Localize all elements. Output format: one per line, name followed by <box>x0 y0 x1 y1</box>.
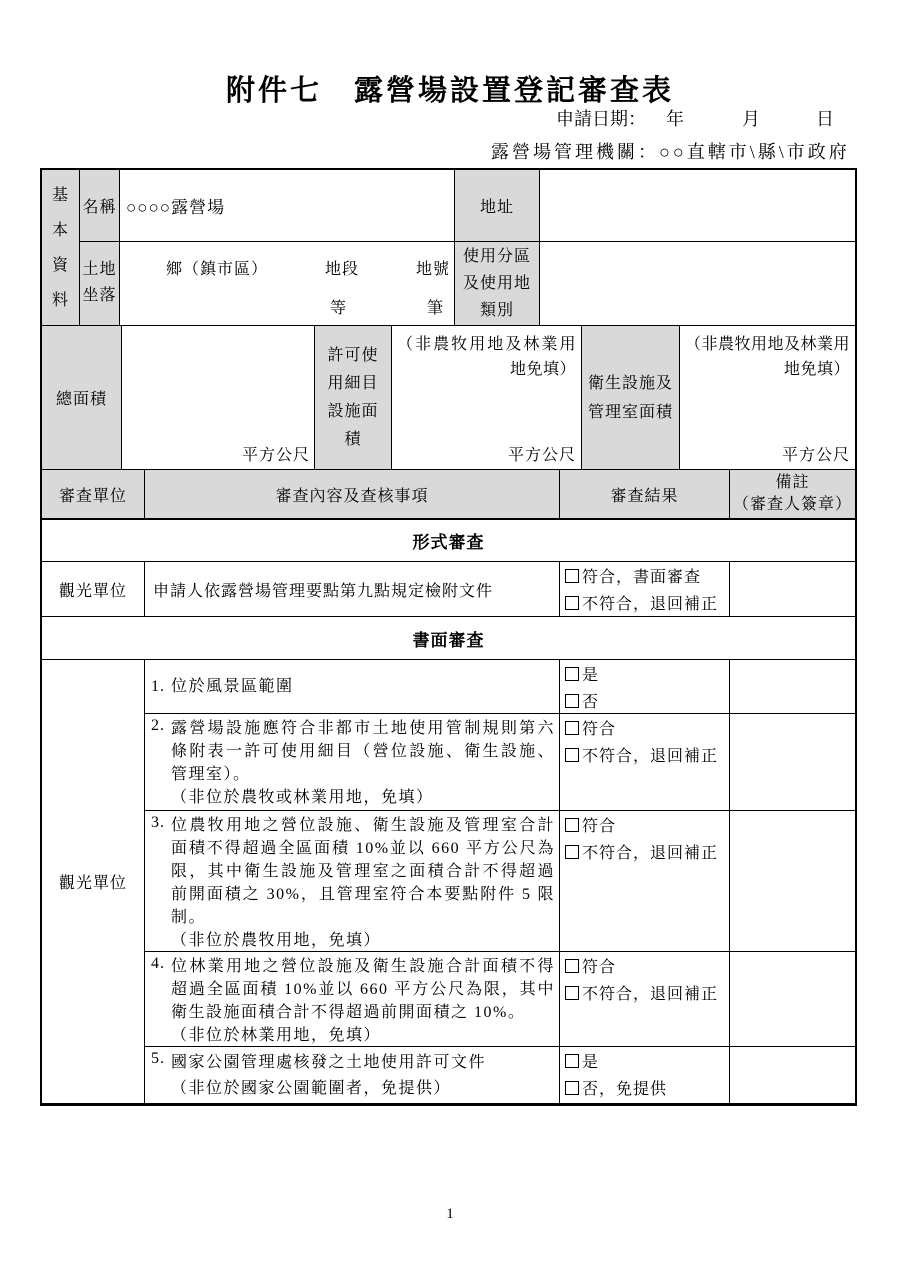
col-review-unit: 審查單位 <box>42 470 145 518</box>
review-item-remarks-cell[interactable] <box>730 952 855 1046</box>
review-form-table: 基本資料 名稱 ○○○○露營場 地址 土地坐落 鄉（鎮市區） 地 <box>40 168 857 1106</box>
basic-info-header: 基本資料 <box>42 170 80 325</box>
review-item-row-2: 2. 露營場設施應符合非都市土地使用管制規則第六條附表一許可使用細目（營位設施、… <box>145 714 855 811</box>
etc-label: 等 <box>330 295 347 318</box>
result-option[interactable]: 不符合，退回補正 <box>565 591 727 616</box>
sqm-unit-label: 平方公尺 <box>782 442 850 465</box>
review-item-content: 1. 位於風景區範圍 <box>145 660 560 713</box>
formal-review-title: 形式審查 <box>42 520 855 561</box>
basic-info-section: 基本資料 名稱 ○○○○露營場 地址 土地坐落 鄉（鎮市區） 地 <box>42 170 855 326</box>
sqm-unit-label: 平方公尺 <box>508 442 576 465</box>
col-review-result: 審查結果 <box>560 470 730 518</box>
area-section: 總面積 平方公尺 許可使用細目設施面積 （非農牧用地及林業用地免填） 平方公尺 … <box>42 326 855 470</box>
application-date-line: 申請日期：年月日 <box>556 105 834 131</box>
review-item-row-5: 5. 國家公園管理處核發之土地使用許可文件（非位於國家公園範圍者，免提供） 是 … <box>145 1047 855 1103</box>
formal-review-unit: 觀光單位 <box>42 562 145 616</box>
review-item-result-cell: 是 否 <box>560 660 730 713</box>
land-location-input-cell[interactable]: 鄉（鎮市區） 地段 地號 等 筆 <box>120 242 455 325</box>
checkbox-icon[interactable] <box>565 959 579 973</box>
checkbox-icon[interactable] <box>565 845 579 859</box>
page-title: 附件七 露營場設置登記審查表 <box>0 68 900 109</box>
review-item-result-cell: 符合 不符合，退回補正 <box>560 714 730 810</box>
date-label: 申請日期： <box>556 109 646 129</box>
formal-review-row: 觀光單位 申請人依露營場管理要點第九點規定檢附文件 符合，書面審查 不符合，退回… <box>42 562 855 617</box>
review-item-content: 4. 位林業用地之營位設施及衛生設施合計面積不得超過全區面積 10%並以 660… <box>145 952 560 1046</box>
parcel-count-label: 筆 <box>427 295 444 318</box>
sanitary-office-area-label: 衛生設施及管理室面積 <box>582 326 680 469</box>
date-unit-month: 月 <box>742 109 760 129</box>
checkbox-icon[interactable] <box>565 986 579 1000</box>
address-label: 地址 <box>455 170 540 241</box>
checkbox-icon[interactable] <box>565 721 579 735</box>
formal-review-banner-row: 形式審查 <box>42 520 855 562</box>
review-item-result-cell: 符合 不符合，退回補正 <box>560 952 730 1046</box>
date-unit-day: 日 <box>816 109 834 129</box>
date-unit-year: 年 <box>666 109 684 129</box>
written-review-title: 書面審查 <box>42 617 855 659</box>
exempt-note: （非農牧用地及林業用地免填） <box>397 332 576 382</box>
review-item-result-cell: 符合 不符合，退回補正 <box>560 811 730 951</box>
result-option[interactable]: 否 <box>565 689 727 713</box>
review-item-content: 5. 國家公園管理處核發之土地使用許可文件（非位於國家公園範圍者，免提供） <box>145 1047 560 1103</box>
total-area-input-cell[interactable]: 平方公尺 <box>122 326 315 469</box>
result-option[interactable]: 不符合，退回補正 <box>565 743 727 770</box>
section-label: 地段 <box>325 256 359 279</box>
result-option[interactable]: 是 <box>565 1049 727 1076</box>
sanitary-office-area-input-cell[interactable]: （非農牧用地及林業用地免填） 平方公尺 <box>680 326 855 469</box>
review-item-row-1: 1. 位於風景區範圍 是 否 <box>145 660 855 714</box>
col-review-content: 審查內容及查核事項 <box>145 470 560 518</box>
review-item-remarks-cell[interactable] <box>730 660 855 713</box>
review-item-row-4: 4. 位林業用地之營位設施及衛生設施合計面積不得超過全區面積 10%並以 660… <box>145 952 855 1047</box>
review-item-result-cell: 是 否，免提供 <box>560 1047 730 1103</box>
checkbox-icon[interactable] <box>565 596 579 610</box>
formal-review-remarks-cell[interactable] <box>730 562 855 616</box>
result-option[interactable]: 符合 <box>565 954 727 981</box>
review-item-remarks-cell[interactable] <box>730 811 855 951</box>
col-remarks: 備註 （審查人簽章） <box>730 470 855 518</box>
document-page: 附件七 露營場設置登記審查表 申請日期：年月日 露營場管理機關：○○直轄市\縣\… <box>0 0 900 1273</box>
checkbox-icon[interactable] <box>565 694 579 708</box>
review-header-row: 審查單位 審查內容及查核事項 審查結果 備註 （審查人簽章） <box>42 470 855 520</box>
land-location-label: 土地坐落 <box>80 242 120 325</box>
review-item-remarks-cell[interactable] <box>730 1047 855 1103</box>
managing-agency-line: 露營場管理機關：○○直轄市\縣\市政府 <box>491 138 850 164</box>
sqm-unit-label: 平方公尺 <box>242 442 310 465</box>
checkbox-icon[interactable] <box>565 1081 579 1095</box>
checkbox-icon[interactable] <box>565 569 579 583</box>
page-number: 1 <box>0 1206 900 1223</box>
zoning-label: 使用分區及使用地類別 <box>455 242 540 325</box>
review-item-remarks-cell[interactable] <box>730 714 855 810</box>
permitted-facility-area-input-cell[interactable]: （非農牧用地及林業用地免填） 平方公尺 <box>392 326 582 469</box>
result-option[interactable]: 不符合，退回補正 <box>565 840 727 867</box>
result-option[interactable]: 是 <box>565 662 727 689</box>
table-row: 土地坐落 鄉（鎮市區） 地段 地號 等 筆 <box>80 242 855 325</box>
result-option[interactable]: 否，免提供 <box>565 1076 727 1103</box>
name-value-cell[interactable]: ○○○○露營場 <box>120 170 455 241</box>
checkbox-icon[interactable] <box>565 667 579 681</box>
name-label: 名稱 <box>80 170 120 241</box>
review-item-content: 3. 位農牧用地之營位設施、衛生設施及管理室合計面積不得超過全區面積 10%並以… <box>145 811 560 951</box>
exempt-note: （非農牧用地及林業用地免填） <box>685 332 850 382</box>
result-option[interactable]: 符合 <box>565 716 727 743</box>
review-item-row-3: 3. 位農牧用地之營位設施、衛生設施及管理室合計面積不得超過全區面積 10%並以… <box>145 811 855 952</box>
total-area-label: 總面積 <box>42 326 122 469</box>
checkbox-icon[interactable] <box>565 748 579 762</box>
address-input-cell[interactable] <box>540 170 855 241</box>
result-option[interactable]: 符合 <box>565 813 727 840</box>
written-review-banner-row: 書面審查 <box>42 617 855 660</box>
written-review-unit: 觀光單位 <box>42 660 145 1103</box>
permitted-facility-area-label: 許可使用細目設施面積 <box>315 326 392 469</box>
review-item-content: 2. 露營場設施應符合非都市土地使用管制規則第六條附表一許可使用細目（營位設施、… <box>145 714 560 810</box>
result-option[interactable]: 不符合，退回補正 <box>565 981 727 1008</box>
formal-review-item: 申請人依露營場管理要點第九點規定檢附文件 <box>145 562 560 616</box>
township-label: 鄉（鎮市區） <box>166 256 268 279</box>
checkbox-icon[interactable] <box>565 818 579 832</box>
result-option[interactable]: 符合，書面審查 <box>565 564 727 591</box>
formal-review-result-cell: 符合，書面審查 不符合，退回補正 <box>560 562 730 616</box>
lot-number-label: 地號 <box>416 256 450 279</box>
checkbox-icon[interactable] <box>565 1054 579 1068</box>
table-row: 名稱 ○○○○露營場 地址 <box>80 170 855 242</box>
written-review-section: 觀光單位 1. 位於風景區範圍 是 否 2. 露營場 <box>42 660 855 1103</box>
zoning-input-cell[interactable] <box>540 242 855 325</box>
